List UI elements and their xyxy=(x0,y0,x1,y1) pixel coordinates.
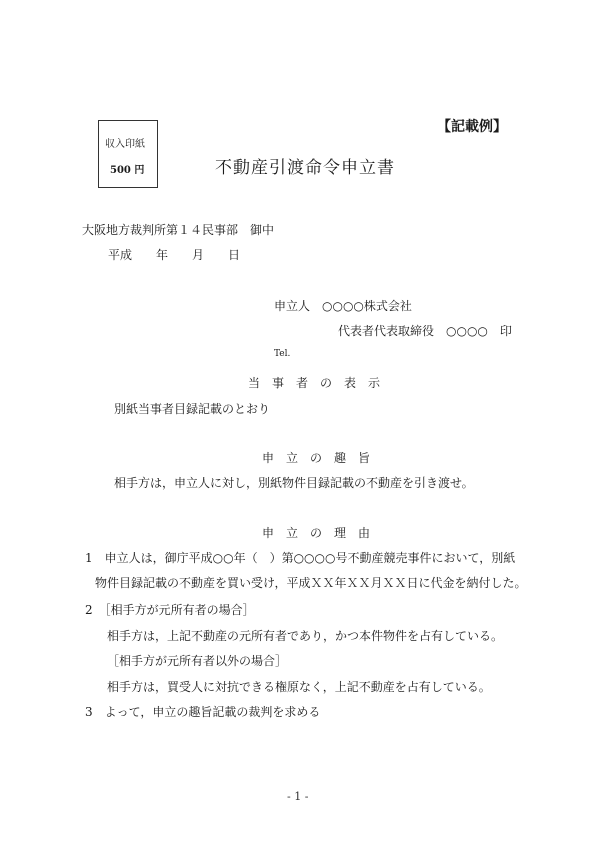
reason-item-2-case-b-text: 相手方は，買受人に対抗できる権原なく，上記不動産を占有している。 xyxy=(107,678,491,695)
example-tag: 【記載例】 xyxy=(437,116,507,136)
reason-item-1-line-1: 1 申立人は，御庁平成○○年（ ）第○○○○号不動産競売事件において，別紙 xyxy=(85,549,515,566)
page-number: - 1 - xyxy=(287,790,308,803)
stamp-amount: 500 円 xyxy=(110,161,144,176)
reason-item-2-case-a-label: 2 ［相手方が元所有者の場合］ xyxy=(85,601,255,618)
applicant-name: 申立人 ○○○○株式会社 xyxy=(274,297,412,314)
applicant-representative: 代表者代表取締役 ○○○○ 印 xyxy=(338,322,512,339)
reasons-heading: 申立の理由 xyxy=(262,524,382,541)
tel-label: Tel. xyxy=(274,349,290,359)
parties-heading: 当事者の表示 xyxy=(248,374,392,391)
reason-item-2-case-a-text: 相手方は，上記不動産の元所有者であり，かつ本件物件を占有している。 xyxy=(107,627,503,644)
document-title: 不動産引渡命令申立書 xyxy=(215,153,395,178)
stamp-label: 収入印紙 xyxy=(105,135,145,150)
court-addressee: 大阪地方裁判所第１４民事部 御中 xyxy=(82,221,274,238)
reason-item-1-line-2: 物件目録記載の不動産を買い受け，平成ＸＸ年ＸＸ月ＸＸ日に代金を納付した。 xyxy=(95,574,527,591)
reason-item-3: 3 よって，申立の趣旨記載の裁判を求める xyxy=(85,703,320,720)
parties-text: 別紙当事者目録記載のとおり xyxy=(114,400,270,417)
reason-item-2-case-b-label: ［相手方が元所有者以外の場合］ xyxy=(107,652,287,669)
purpose-text: 相手方は，申立人に対し，別紙物件目録記載の不動産を引き渡せ。 xyxy=(114,474,474,491)
filing-date: 平成 年 月 日 xyxy=(108,246,240,263)
revenue-stamp-box: 収入印紙 500 円 xyxy=(98,120,158,188)
purpose-heading: 申立の趣旨 xyxy=(262,449,382,466)
